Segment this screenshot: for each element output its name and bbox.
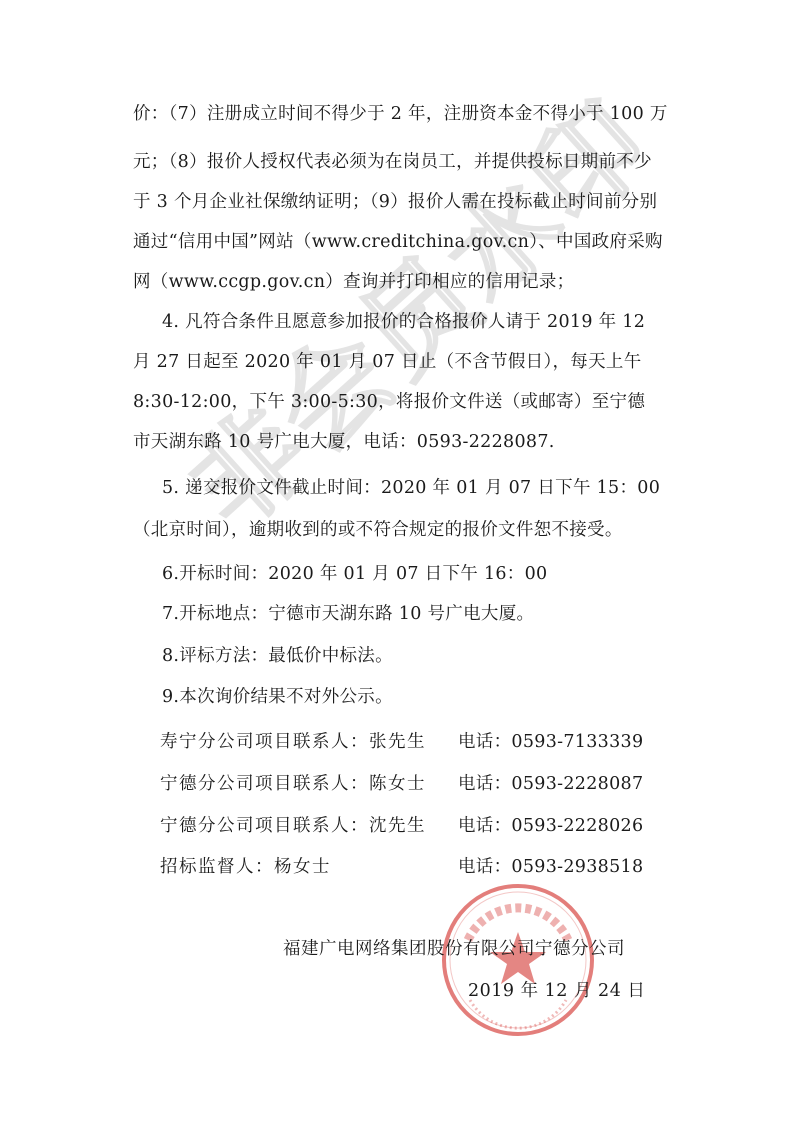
- item4-line: 市天湖东路 10 号广电大厦，电话：0593-2228087.: [133, 431, 555, 453]
- item6-opening-time: 6.开标时间：2020 年 01 月 07 日下午 16：00: [162, 563, 547, 585]
- contact-name: 宁德分公司项目联系人：沈先生: [160, 815, 426, 837]
- item7-opening-location: 7.开标地点：宁德市天湖东路 10 号广电大厦。: [162, 603, 534, 625]
- item4-line: 4. 凡符合条件且愿意参加报价的合格报价人请于 2019 年 12: [162, 311, 645, 333]
- contact-phone: 电话：0593-2228087: [458, 773, 643, 795]
- signature-company: 福建广电网络集团股份有限公司宁德分公司: [283, 938, 625, 960]
- item8-evaluation-method: 8.评标方法：最低价中标法。: [162, 645, 393, 667]
- contact-name: 寿宁分公司项目联系人：张先生: [160, 731, 426, 753]
- paragraph-line: 元；（8）报价人授权代表必须为在岗员工，并提供投标日期前不少: [133, 151, 652, 173]
- paragraph-line: 于 3 个月企业社保缴纳证明；（9）报价人需在投标截止时间前分别: [133, 191, 657, 213]
- contact-phone: 电话：0593-2228026: [458, 815, 643, 837]
- contact-name: 招标监督人：杨女士: [160, 856, 331, 878]
- paragraph-line: 价：（7）注册成立时间不得少于 2 年，注册资本金不得小于 100 万: [133, 103, 668, 125]
- item9-result-notice: 9.本次询价结果不对外公示。: [162, 686, 393, 708]
- contact-phone: 电话：0593-2938518: [458, 856, 643, 878]
- paragraph-line: 网（www.ccgp.gov.cn）查询并打印相应的信用记录；: [133, 271, 574, 293]
- paragraph-line: 通过“信用中国”网站（www.creditchina.gov.cn）、中国政府采…: [133, 231, 663, 253]
- company-seal-icon: [438, 880, 598, 1040]
- signature-date: 2019 年 12 月 24 日: [468, 980, 645, 1002]
- item5-line: （北京时间），逾期收到的或不符合规定的报价文件恕不接受。: [133, 519, 623, 541]
- contact-name: 宁德分公司项目联系人：陈女士: [160, 773, 426, 795]
- contact-phone: 电话：0593-7133339: [458, 731, 643, 753]
- item5-line: 5. 递交报价文件截止时间：2020 年 01 月 07 日下午 15：00: [162, 477, 660, 499]
- item4-line: 月 27 日起至 2020 年 01 月 07 日止（不含节假日），每天上午: [133, 351, 642, 373]
- item4-line: 8:30-12:00，下午 3:00-5:30，将报价文件送（或邮寄）至宁德: [133, 391, 645, 413]
- document-page: 非会员水印 价：（7）注册成立时间不得少于 2 年，注册资本金不得小于 100 …: [0, 0, 793, 1121]
